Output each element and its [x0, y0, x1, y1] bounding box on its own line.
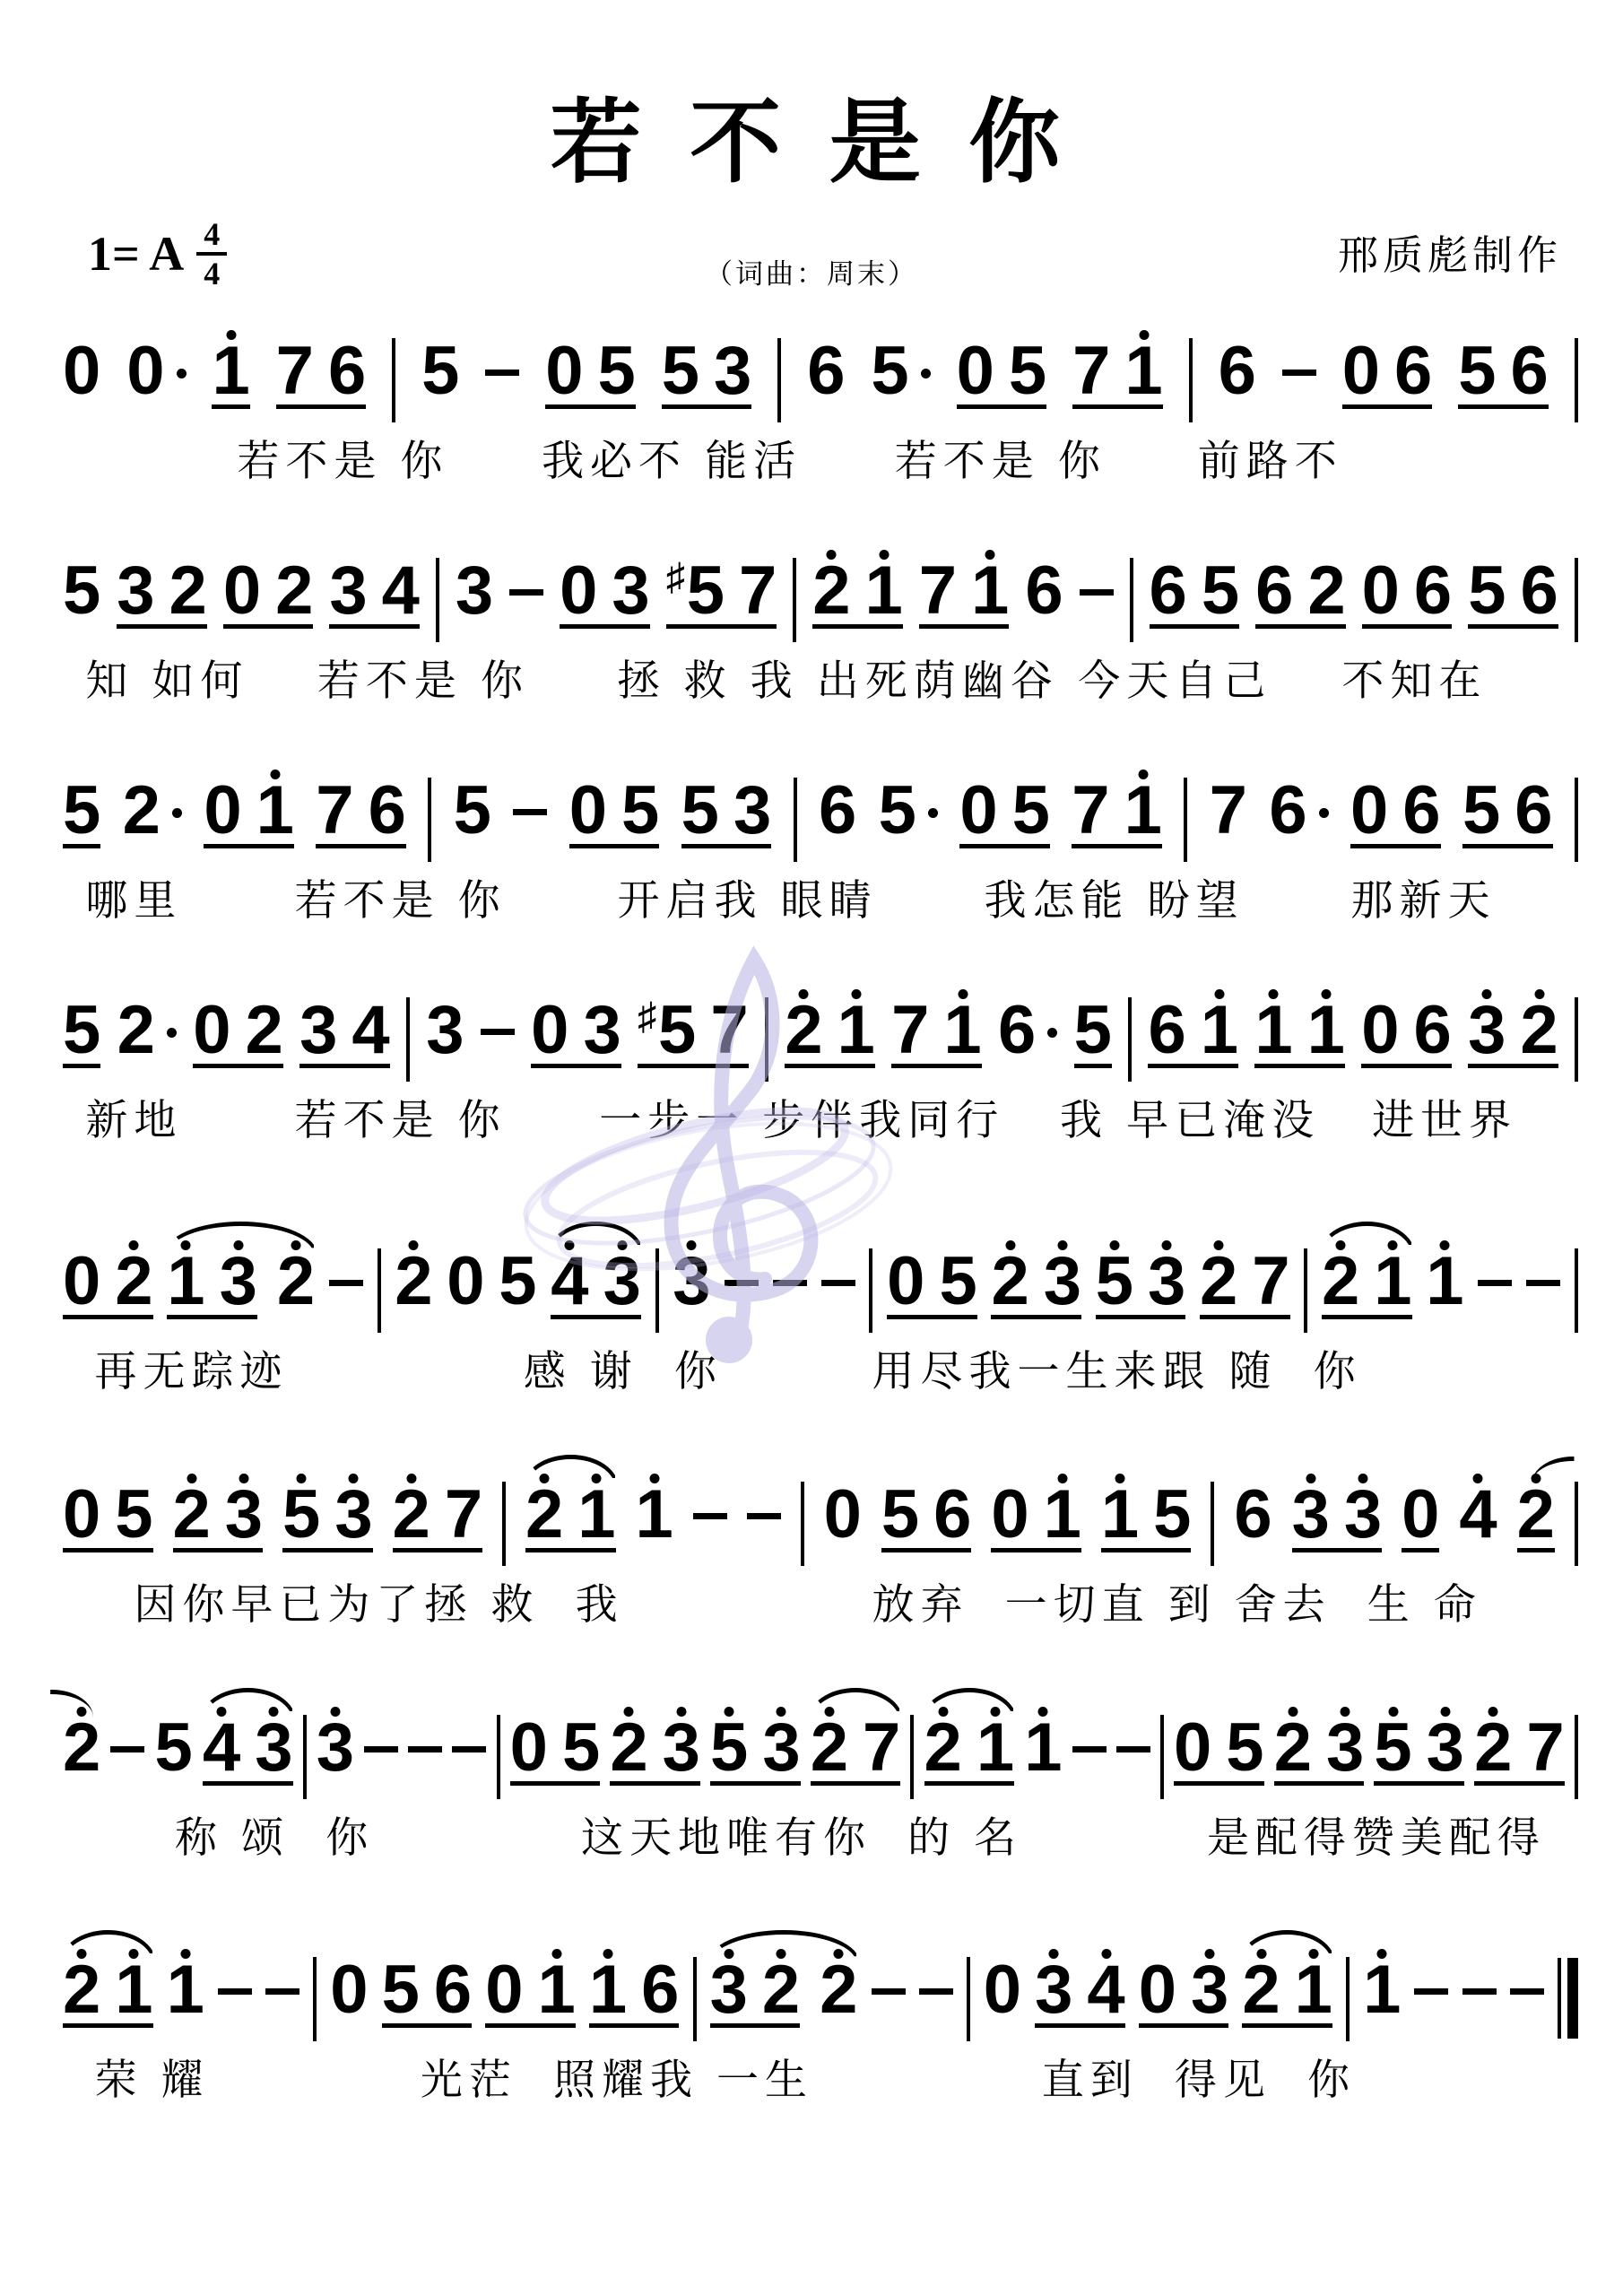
- note-digit: 3: [733, 785, 771, 837]
- barline: [1211, 1482, 1214, 1566]
- note: 7: [919, 565, 957, 617]
- note-group: 2: [123, 785, 182, 848]
- note: 7: [1210, 785, 1247, 837]
- note: 6: [1025, 565, 1063, 617]
- note: 5: [598, 345, 636, 397]
- note: 2: [169, 565, 207, 617]
- octave-dot-icon: [239, 1474, 248, 1483]
- note: 5: [871, 345, 930, 397]
- octave-dot-icon: [851, 989, 861, 999]
- note-digit: 3: [762, 1722, 800, 1774]
- note-group: 71: [891, 1004, 982, 1068]
- note-digit: 1: [1426, 1256, 1463, 1308]
- note-digit: 5: [63, 785, 100, 837]
- note: 0: [1402, 1489, 1439, 1541]
- note: 2: [173, 1489, 211, 1541]
- beam-underline: [560, 624, 650, 629]
- note: 5: [1374, 1722, 1411, 1774]
- beam-underline: [919, 624, 1010, 629]
- lyrics-line-4: 新地若不是 你一步一 步伴我同行我 早已淹没进世界: [63, 1087, 1578, 1141]
- note: 2: [1242, 1964, 1280, 2016]
- slur-arc-icon: [1239, 1930, 1335, 1963]
- note-digit: 2: [117, 1004, 155, 1057]
- note: 5: [939, 1256, 976, 1308]
- arranger-credit: 邢质彪制作: [1338, 222, 1562, 281]
- barline: [777, 338, 781, 422]
- octave-dot-icon: [1139, 330, 1149, 340]
- note-digit: 5: [687, 565, 725, 617]
- note-group: 02: [63, 1256, 153, 1319]
- note-group: 11: [1254, 1004, 1345, 1068]
- barline: [436, 558, 439, 642]
- note: 6: [1520, 565, 1558, 617]
- note: 7: [1072, 785, 1109, 837]
- beam-underline: [1374, 1781, 1464, 1786]
- note-digit: 5: [1462, 785, 1500, 837]
- beam-underline: [662, 404, 752, 409]
- octave-dot-icon: [409, 1240, 419, 1250]
- note-group: 03: [560, 565, 650, 629]
- note-group: 21: [525, 1489, 616, 1552]
- note-group: 53: [1096, 1256, 1186, 1319]
- barline: [1128, 997, 1132, 1082]
- octave-dot-icon: [551, 1949, 561, 1959]
- note-digit: 2: [924, 1722, 962, 1774]
- beam-underline: [276, 404, 367, 409]
- octave-dot-icon: [129, 1240, 139, 1250]
- note-group: 56: [881, 1489, 972, 1552]
- note-group: 53: [662, 345, 752, 409]
- note-group: 02: [193, 1004, 283, 1068]
- note-digit: 0: [1139, 1964, 1176, 2016]
- beam-underline: [991, 1315, 1081, 1319]
- duration-dash: [110, 1746, 144, 1752]
- barline: [406, 997, 410, 1082]
- note-digit: 0: [887, 1256, 924, 1308]
- note-group: 5: [879, 785, 938, 848]
- note: 5: [1458, 345, 1496, 397]
- note-digit: 1: [1124, 345, 1162, 397]
- note-group: 5: [421, 345, 459, 409]
- octave-dot-icon: [406, 1474, 416, 1483]
- note-group: 32: [1468, 1004, 1558, 1068]
- note: 4: [203, 1722, 240, 1774]
- note-group: 21: [785, 1004, 875, 1068]
- beam-underline: [1474, 1781, 1565, 1786]
- note-digit: 1: [212, 345, 249, 397]
- note-digit: 5: [621, 785, 659, 837]
- note: 2: [277, 1256, 315, 1308]
- note-group: 56: [1458, 345, 1549, 409]
- note-group: 1: [1363, 1964, 1401, 2028]
- note: 5: [879, 785, 938, 837]
- note: 3: [603, 1256, 641, 1308]
- note-digit: 2: [811, 1722, 848, 1774]
- barline: [313, 1957, 317, 2041]
- notation-system-4: 520234303♯5721716561110632: [63, 1004, 1578, 1082]
- note-group: 21: [63, 1964, 153, 2028]
- beam-underline: [63, 844, 100, 848]
- note-digit: 1: [167, 1256, 204, 1308]
- note: 5: [421, 345, 459, 397]
- note: 3: [714, 345, 751, 397]
- beam-underline: [299, 1064, 390, 1068]
- note-digit: 3: [220, 1256, 257, 1308]
- note: 2: [1517, 1489, 1555, 1541]
- note-digit: 0: [957, 345, 994, 397]
- note-group: 6: [1234, 1489, 1271, 1552]
- octave-dot-icon: [799, 989, 809, 999]
- note-digit: 1: [1124, 785, 1162, 837]
- note-group: 56: [1462, 785, 1553, 848]
- octave-dot-icon: [1488, 1707, 1498, 1717]
- beam-underline: [63, 1548, 153, 1552]
- note-group: 32: [117, 565, 207, 629]
- duration-dash: [452, 1746, 486, 1752]
- lyric-segment: 我必不 能活: [542, 428, 802, 488]
- note-digit: 6: [819, 785, 856, 837]
- note-digit: 2: [393, 1489, 430, 1541]
- note-digit: 2: [63, 1964, 100, 2016]
- note-group: 53: [1374, 1722, 1464, 1786]
- barline: [1189, 338, 1193, 422]
- note-group: 2: [820, 1964, 857, 2028]
- tie-in-icon: [11, 1690, 93, 1718]
- lyric-segment: 称 颂 你: [175, 1805, 374, 1865]
- note-digit: 3: [1326, 1722, 1364, 1774]
- note-digit: 1: [577, 1489, 615, 1541]
- note-digit: 3: [1044, 1256, 1081, 1308]
- note-group: 53: [282, 1489, 373, 1552]
- lyric-segment: 放弃 一切直 到 舍去 生 命: [872, 1571, 1481, 1631]
- note-digit: 7: [919, 565, 957, 617]
- note: 3: [117, 565, 154, 617]
- lyrics-line-7: 称 颂 你这天地唯有你 的 名是配得赞美配得: [63, 1805, 1578, 1858]
- note: 5: [499, 1256, 536, 1308]
- note-digit: 1: [971, 565, 1009, 617]
- note: 2: [924, 1722, 962, 1774]
- note: 2: [395, 1256, 432, 1308]
- note-group: 21: [812, 565, 903, 629]
- lyrics-line-6: 因你早已为了拯 救 我放弃 一切直 到 舍去 生 命: [63, 1571, 1578, 1625]
- note: 0: [447, 1256, 484, 1308]
- slur-arc-icon: [1319, 1222, 1415, 1255]
- note-group: 05: [957, 345, 1047, 409]
- barline: [869, 1248, 872, 1333]
- note-digit: 3: [456, 565, 493, 617]
- note: 3: [1292, 1489, 1330, 1541]
- beam-underline: [1242, 2023, 1332, 2028]
- barline: [693, 1957, 697, 2041]
- note: 1: [167, 1256, 204, 1308]
- octave-dot-icon: [1482, 989, 1492, 999]
- note: 0: [204, 785, 241, 837]
- note-digit: 4: [203, 1722, 240, 1774]
- barline: [655, 1248, 659, 1333]
- note-digit: 7: [863, 1722, 900, 1774]
- octave-dot-icon: [1388, 1707, 1398, 1717]
- octave-dot-icon: [330, 1707, 340, 1717]
- octave-dot-icon: [1269, 989, 1279, 999]
- note-digit: 2: [277, 1256, 315, 1308]
- lyric-segment: 进世界: [1372, 1087, 1517, 1147]
- note: 5: [1009, 345, 1046, 397]
- note-digit: 3: [317, 1722, 354, 1774]
- note-digit: 0: [63, 1256, 100, 1308]
- lyric-segment: 哪里: [85, 867, 182, 927]
- note-digit: 6: [1269, 785, 1306, 837]
- note-digit: 6: [1414, 1004, 1452, 1057]
- note: 5: [63, 1004, 100, 1057]
- lyric-segment: 再无踪迹: [94, 1338, 288, 1398]
- note: 3: [255, 1722, 292, 1774]
- note: 3: [426, 1004, 464, 1057]
- note-digit: 6: [1402, 785, 1440, 837]
- duration-dash: [872, 1988, 906, 1995]
- note: 0: [957, 345, 994, 397]
- note: 6: [1414, 1004, 1452, 1057]
- note-digit: 0: [545, 345, 583, 397]
- note-digit: 4: [382, 565, 420, 617]
- note-digit: 1: [1254, 1004, 1292, 1057]
- note-digit: 0: [569, 785, 607, 837]
- note-group: 3: [456, 565, 493, 629]
- barline: [1346, 1957, 1350, 2041]
- octave-dot-icon: [1440, 1707, 1450, 1717]
- octave-dot-icon: [1109, 1240, 1119, 1250]
- duration-dash: [693, 1513, 727, 1519]
- beam-underline: [173, 1548, 264, 1552]
- note: 6: [641, 1964, 679, 2016]
- note-group: 0: [126, 345, 186, 409]
- note-digit: 6: [1515, 785, 1552, 837]
- note: 3: [456, 565, 493, 617]
- note: 6: [1148, 1004, 1185, 1057]
- note-group: 27: [1474, 1722, 1565, 1786]
- note-digit: 2: [1307, 565, 1345, 617]
- note: 5: [454, 785, 491, 837]
- note: 3: [583, 1004, 621, 1057]
- note-group: 01: [204, 785, 294, 848]
- note-digit: 6: [1414, 565, 1452, 617]
- beam-underline: [551, 1315, 641, 1319]
- note: 1: [538, 1964, 576, 2016]
- beam-underline: [569, 844, 660, 848]
- note: 6: [434, 1964, 472, 2016]
- note: ♯5: [638, 1004, 696, 1057]
- beam-underline: [924, 1781, 1015, 1786]
- note: 5: [1468, 565, 1506, 617]
- note: 0: [63, 345, 100, 397]
- note-group: 33: [1292, 1489, 1383, 1552]
- note-group: 5: [871, 345, 930, 409]
- lyric-segment: 因你早已为了拯 救 我: [134, 1571, 623, 1631]
- note: 5: [881, 1489, 919, 1541]
- note: 5: [1202, 565, 1239, 617]
- note-digit: 6: [1025, 565, 1063, 617]
- beam-underline: [991, 1548, 1081, 1552]
- note-group: 13: [167, 1256, 257, 1319]
- lyrics-line-2: 知 如何若不是 你拯 救 我 出死荫幽谷今天自己不知在: [63, 648, 1578, 701]
- note: 3: [612, 565, 649, 617]
- note-digit: 1: [1363, 1964, 1401, 2016]
- beam-underline: [329, 624, 420, 629]
- note: 6: [1402, 785, 1440, 837]
- beam-underline: [167, 1315, 257, 1319]
- barline: [1575, 1248, 1578, 1333]
- note-digit: 5: [598, 345, 636, 397]
- augmentation-dot-icon: [172, 808, 182, 818]
- note: 3: [1035, 1964, 1072, 2016]
- note-group: 15: [1101, 1489, 1192, 1552]
- note: 1: [115, 1964, 152, 2016]
- octave-dot-icon: [603, 1949, 613, 1959]
- note: 5: [621, 785, 659, 837]
- octave-dot-icon: [985, 550, 995, 560]
- note-group: 5: [63, 565, 100, 629]
- note: 3: [663, 1722, 700, 1774]
- note-group: 62: [1255, 565, 1346, 629]
- lyric-segment: 我 早已淹没: [1060, 1087, 1320, 1147]
- note: 6: [1255, 565, 1293, 617]
- octave-dot-icon: [1057, 1474, 1067, 1483]
- note: 0: [545, 345, 583, 397]
- beam-underline: [610, 1781, 700, 1786]
- note-group: 2: [395, 1256, 432, 1319]
- note-digit: 2: [173, 1489, 211, 1541]
- notation-system-7: 254330523532721105235327: [63, 1722, 1578, 1799]
- note: 2: [811, 1722, 848, 1774]
- note: 2: [123, 785, 182, 837]
- key-label: 1= A: [88, 226, 184, 282]
- note-digit: 2: [1274, 1722, 1312, 1774]
- note-digit: 3: [673, 1256, 710, 1308]
- barline: [910, 1715, 914, 1799]
- note: 1: [589, 1964, 627, 2016]
- note-digit: 1: [865, 565, 903, 617]
- note: 0: [824, 1489, 862, 1541]
- note: 0: [63, 1256, 100, 1308]
- note: 6: [1219, 345, 1256, 397]
- note: 0: [569, 785, 607, 837]
- note-digit: 7: [445, 1489, 482, 1541]
- note-digit: 2: [1474, 1722, 1512, 1774]
- lyric-segment: 是配得赞美配得: [1207, 1805, 1546, 1865]
- note-digit: 6: [1148, 1004, 1185, 1057]
- note-group: 05: [63, 1489, 153, 1552]
- beam-underline: [1350, 844, 1441, 848]
- beam-underline: [525, 1548, 616, 1552]
- note-digit: 5: [115, 1489, 152, 1541]
- lyric-segment: 知 如何: [85, 648, 248, 708]
- beam-underline: [1402, 1548, 1439, 1552]
- note-group: 3: [673, 1256, 710, 1319]
- barline: [502, 1482, 506, 1566]
- note: 7: [276, 345, 314, 397]
- octave-dot-icon: [624, 1707, 634, 1717]
- note: 7: [710, 1004, 748, 1057]
- beam-underline: [811, 1781, 901, 1786]
- octave-dot-icon: [879, 550, 889, 560]
- slur-arc-icon: [200, 1688, 296, 1721]
- note-digit: 2: [785, 1004, 822, 1057]
- duration-dash: [509, 589, 543, 596]
- sharp-icon: ♯: [666, 558, 685, 596]
- lyrics-line-1: 若不是 你我必不 能活若不是 你前路不: [63, 428, 1578, 482]
- beam-underline: [1362, 624, 1453, 629]
- beam-underline: [1517, 1548, 1555, 1552]
- note-digit: 2: [1517, 1489, 1555, 1541]
- note: 0: [223, 565, 261, 617]
- duration-dash: [364, 1746, 398, 1752]
- note-digit: 0: [223, 565, 261, 617]
- note-digit: 0: [984, 1964, 1021, 2016]
- sharp-icon: ♯: [638, 997, 656, 1035]
- note: 7: [891, 1004, 929, 1057]
- note-group: 03: [531, 1004, 621, 1068]
- octave-dot-icon: [1473, 1474, 1483, 1483]
- note-digit: 3: [612, 565, 649, 617]
- octave-dot-icon: [1358, 1474, 1368, 1483]
- note-group: 0: [447, 1256, 484, 1319]
- note-group: 4: [1459, 1489, 1497, 1552]
- note: 2: [1307, 565, 1345, 617]
- note-digit: 5: [421, 345, 459, 397]
- note-group: 5: [499, 1256, 536, 1319]
- octave-dot-icon: [297, 1474, 307, 1483]
- note: 5: [710, 1722, 748, 1774]
- note: 2: [525, 1489, 563, 1541]
- beam-underline: [193, 1064, 283, 1068]
- note: 3: [733, 785, 771, 837]
- beam-underline: [1101, 1548, 1192, 1552]
- lyric-segment: 用尽我一生来跟 随 你: [872, 1338, 1361, 1398]
- note: 2: [393, 1489, 430, 1541]
- note: 3: [1344, 1489, 1382, 1541]
- note-digit: 1: [838, 1004, 875, 1057]
- note-digit: 1: [1024, 1722, 1062, 1774]
- note-group: 03: [1139, 1964, 1229, 2028]
- augmentation-dot-icon: [1319, 808, 1329, 818]
- note-digit: 6: [1219, 345, 1256, 397]
- note: 6: [1515, 785, 1552, 837]
- octave-dot-icon: [1049, 1949, 1059, 1959]
- note-digit: 5: [1468, 565, 1506, 617]
- note: 5: [1096, 1256, 1133, 1308]
- note-group: 5: [1074, 1004, 1112, 1068]
- barline: [794, 778, 797, 862]
- beam-underline: [785, 1064, 875, 1068]
- tie-out-icon: [1532, 1457, 1614, 1484]
- note-digit: 0: [1362, 565, 1400, 617]
- octave-dot-icon: [1288, 1707, 1298, 1717]
- note-digit: 1: [1295, 1964, 1332, 2016]
- duration-dash: [265, 1988, 299, 1995]
- notation-system-3: 52017650553650571760656: [63, 785, 1578, 862]
- note: 1: [1374, 1256, 1411, 1308]
- beam-underline: [204, 844, 294, 848]
- note-group: 23: [173, 1489, 264, 1552]
- note: 0: [1174, 1722, 1211, 1774]
- note-group: 56: [382, 1964, 473, 2028]
- note-digit: 2: [820, 1964, 857, 2016]
- beam-underline: [282, 1548, 373, 1552]
- note-digit: 3: [329, 565, 367, 617]
- note: 3: [762, 1722, 800, 1774]
- note-digit: 2: [812, 565, 850, 617]
- note: 2: [610, 1722, 647, 1774]
- duration-dash: [821, 1280, 855, 1286]
